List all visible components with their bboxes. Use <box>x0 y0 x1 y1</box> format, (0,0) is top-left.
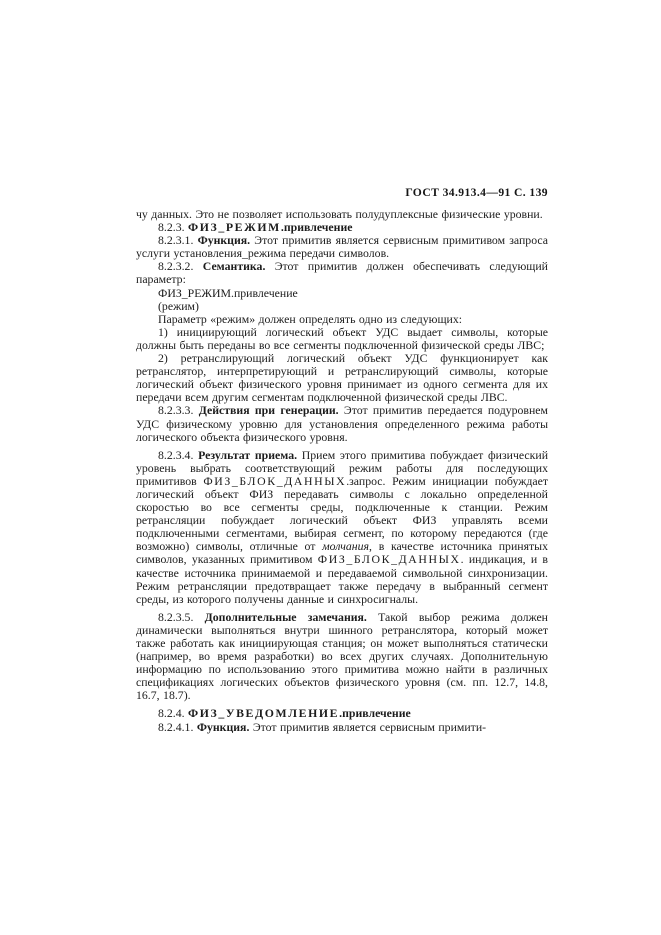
text-run: ФИЗ_БЛОК_ДАННЫХ <box>203 474 346 488</box>
paragraph: 8.2.4.1. Функция. Этот примитив является… <box>136 721 548 734</box>
text-run: Действия при генерации. <box>199 403 339 417</box>
text-run: 8.2.3. <box>158 220 188 234</box>
text-run: 1) инициирующий логический объект УДС вы… <box>136 325 548 352</box>
text-run: 8.2.4.1. <box>158 720 197 734</box>
text-run: ФИЗ_БЛОК_ДАННЫХ <box>318 552 461 566</box>
document-body: чу данных. Это не позволяет использовать… <box>136 208 548 734</box>
text-run: (режим) <box>158 299 199 313</box>
text-run: Результат приема. <box>198 448 297 462</box>
text-run: Функция. <box>198 233 251 247</box>
text-run: 8.2.3.4. <box>158 448 198 462</box>
scanned-document-page: ГОСТ 34.913.4—91 С. 139 чу данных. Это н… <box>0 0 661 935</box>
text-run: .привлечение <box>281 220 353 234</box>
text-run: молчания <box>322 539 369 553</box>
text-run: ФИЗ_УВЕДОМЛЕНИЕ <box>188 706 339 720</box>
text-run: 8.2.4. <box>158 706 188 720</box>
running-header: ГОСТ 34.913.4—91 С. 139 <box>136 186 548 199</box>
paragraph: 1) инициирующий логический объект УДС вы… <box>136 326 548 352</box>
text-run: Этот примитив является сервисным примити… <box>249 720 486 734</box>
paragraph: 8.2.3.5. Дополнительные замечания. Такой… <box>136 611 548 703</box>
text-run: .привлечение <box>339 706 411 720</box>
text-run: 8.2.3.1. <box>158 233 198 247</box>
text-run: Параметр «режим» должен определять одно … <box>158 312 462 326</box>
text-run: 2) ретранслирующий логический объект УДС… <box>136 351 548 404</box>
paragraph: 8.2.3.1. Функция. Этот примитив является… <box>136 234 548 260</box>
paragraph: 2) ретранслирующий логический объект УДС… <box>136 352 548 404</box>
paragraph: 8.2.3.3. Действия при генерации. Этот пр… <box>136 404 548 443</box>
text-run: чу данных. Это не позволяет использовать… <box>136 207 543 221</box>
text-run: ФИЗ_РЕЖИМ <box>188 220 281 234</box>
text-run: Семантика. <box>203 259 266 273</box>
text-run: Функция. <box>197 720 250 734</box>
text-column: ГОСТ 34.913.4—91 С. 139 чу данных. Это н… <box>136 186 548 734</box>
text-run: Такой выбор режима должен динамически вы… <box>136 610 548 703</box>
paragraph: 8.2.3.4. Результат приема. Прием этого п… <box>136 449 548 606</box>
text-run: Дополнительные замечания. <box>205 610 367 624</box>
text-run: ФИЗ_РЕЖИМ.привлечение <box>158 286 298 300</box>
text-run: 8.2.3.5. <box>158 610 205 624</box>
text-run: 8.2.3.3. <box>158 403 199 417</box>
paragraph: 8.2.3.2. Семантика. Этот примитив должен… <box>136 260 548 286</box>
text-run: 8.2.3.2. <box>158 259 203 273</box>
